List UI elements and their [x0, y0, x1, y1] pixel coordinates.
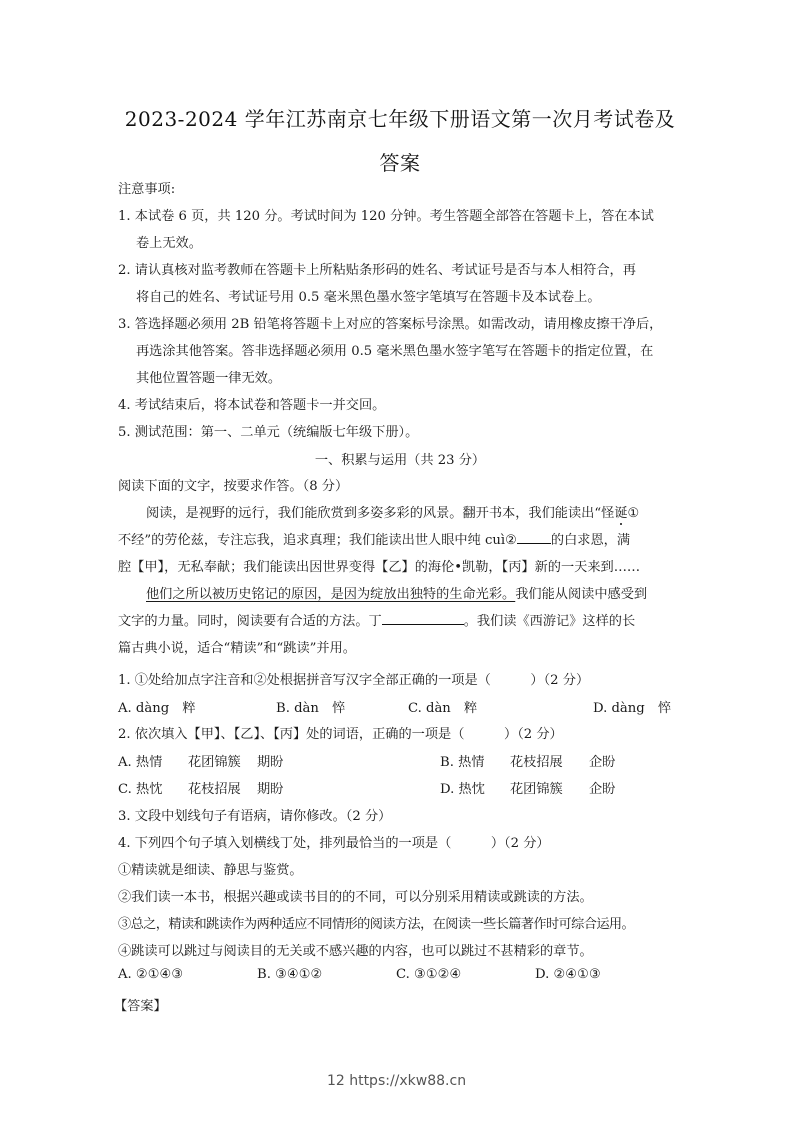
- section-heading: 一、积累与运用（共 23 分）: [110, 449, 690, 468]
- question-2-option-c-word3: 期盼: [257, 778, 283, 797]
- notice-item-2: 2. 请认真核对监考教师在答题卡上所粘贴条形码的姓名、考试证号是否与本人相符合，…: [118, 259, 688, 278]
- question-4-sentence-4: ④跳读可以跳过与阅读目的无关或不感兴趣的内容，也可以跳过不甚精彩的章节。: [118, 940, 688, 959]
- question-2-option-d-word2: 花团锦簇: [510, 778, 563, 797]
- question-2-option-b-word2: 花枝招展: [510, 751, 563, 770]
- passage-line-4: 他们之所以被历史铭记的原因，是因为绽放出独特的生命光彩。我们能从阅读中感受到: [146, 583, 716, 602]
- question-1-stem: 1. ①处给加点字注音和②处根据拼音写汉字全部正确的一项是（ ）（2 分）: [118, 669, 688, 688]
- fill-blank-2: [517, 530, 551, 544]
- question-2-option-a: A. 热情: [118, 751, 162, 770]
- notice-item-5: 5. 测试范围：第一、二单元（统编版七年级下册）。: [118, 421, 688, 440]
- question-4-option-c: C. ③①②④: [396, 967, 461, 982]
- notice-heading: 注意事项:: [118, 178, 688, 197]
- question-4-stem: 4. 下列四个句子填入划横线丁处，排列最恰当的一项是（ ）（2 分）: [118, 832, 688, 851]
- question-1-option-c: C. dàn 粹: [408, 697, 477, 716]
- passage-line-3: 腔【甲】，无私奉献；我们能读出因世界变得【乙】的海伦•凯勒，【丙】新的一天来到……: [118, 556, 688, 575]
- question-3-stem: 3. 文段中划线句子有语病，请你修改。（2 分）: [118, 805, 688, 824]
- question-1-option-b: B. dàn 悴: [276, 697, 345, 716]
- passage-line-6: 篇古典小说，适合“精读”和“跳读”并用。: [118, 637, 688, 656]
- notice-item-3-cont2: 其他位置答题一律无效。: [136, 367, 706, 386]
- exam-page: 2023-2024 学年江苏南京七年级下册语文第一次月考试卷及 答案 注意事项:…: [0, 0, 793, 1122]
- question-2-option-d: D. 热忱: [440, 778, 485, 797]
- question-1-option-d: D. dàng 悴: [593, 697, 671, 716]
- question-2-stem: 2. 依次填入【甲】、【乙】、【丙】处的词语，正确的一项是（ ）（2 分）: [118, 723, 688, 742]
- notice-item-3-cont: 再选涂其他答案。答非选择题必须用 0.5 毫米黑色墨水签字笔写在答题卡的指定位置…: [136, 340, 706, 359]
- question-2-option-b-word3: 企盼: [589, 751, 615, 770]
- question-4-sentence-1: ①精读就是细读、静思与鉴赏。: [118, 859, 688, 878]
- question-4-option-b: B. ③④①②: [257, 967, 322, 982]
- dotted-character: 诞: [614, 506, 627, 521]
- passage-line-1: 阅读，是视野的远行，我们能欣赏到多姿多彩的风景。翻开书本，我们能读出“怪诞①: [146, 502, 716, 521]
- question-2-option-b: B. 热情: [440, 751, 484, 770]
- question-4-sentence-2: ②我们读一本书，根据兴趣或读书目的的不同，可以分别采用精读或跳读的方法。: [118, 886, 688, 905]
- document-title-continued: 答案: [110, 147, 690, 176]
- question-2-option-a-word2: 花团锦簇: [188, 751, 241, 770]
- passage-line-5: 文字的力量。同时，阅读要有合适的方法。丁。我们读《西游记》这样的长: [118, 610, 688, 629]
- document-title: 2023-2024 学年江苏南京七年级下册语文第一次月考试卷及: [110, 103, 690, 132]
- notice-item-4: 4. 考试结束后，将本试卷和答题卡一并交回。: [118, 394, 688, 413]
- notice-item-1-cont: 卷上无效。: [136, 232, 706, 251]
- question-4-option-a: A. ②①④③: [118, 967, 183, 982]
- page-footer: 12 https://xkw88.cn: [0, 1073, 793, 1089]
- question-4-sentence-3: ③总之，精读和跳读作为两种适应不同情形的阅读方法，在阅读一些长篇著作时可综合运用…: [118, 913, 688, 932]
- question-2-option-d-word3: 企盼: [589, 778, 615, 797]
- question-1-option-a: A. dàng 粹: [118, 697, 196, 716]
- question-2-option-a-word3: 期盼: [257, 751, 283, 770]
- notice-item-1: 1. 本试卷 6 页，共 120 分。考试时间为 120 分钟。考生答题全部答在…: [118, 205, 688, 224]
- notice-item-2-cont: 将自己的姓名、考试证号用 0.5 毫米黑色墨水签字笔填写在答题卡及本试卷上。: [136, 286, 706, 305]
- notice-item-3: 3. 答选择题必须用 2B 铅笔将答题卡上对应的答案标号涂黑。如需改动，请用橡皮…: [118, 313, 688, 332]
- question-2-option-c-word2: 花枝招展: [188, 778, 241, 797]
- fill-blank-ding: [382, 611, 464, 625]
- passage-line-2: 不经”的劳伦兹，专注忘我，追求真理；我们能读出世人眼中纯 cuì②的白求恩，满: [118, 529, 688, 548]
- question-2-option-c: C. 热忱: [118, 778, 162, 797]
- answer-label: 【答案】: [114, 995, 684, 1014]
- underlined-sentence: 他们之所以被历史铭记的原因，是因为绽放出独特的生命光彩。: [146, 587, 515, 602]
- question-4-option-d: D. ②④①③: [535, 967, 601, 982]
- section-instruction: 阅读下面的文字，按要求作答。（8 分）: [118, 475, 688, 494]
